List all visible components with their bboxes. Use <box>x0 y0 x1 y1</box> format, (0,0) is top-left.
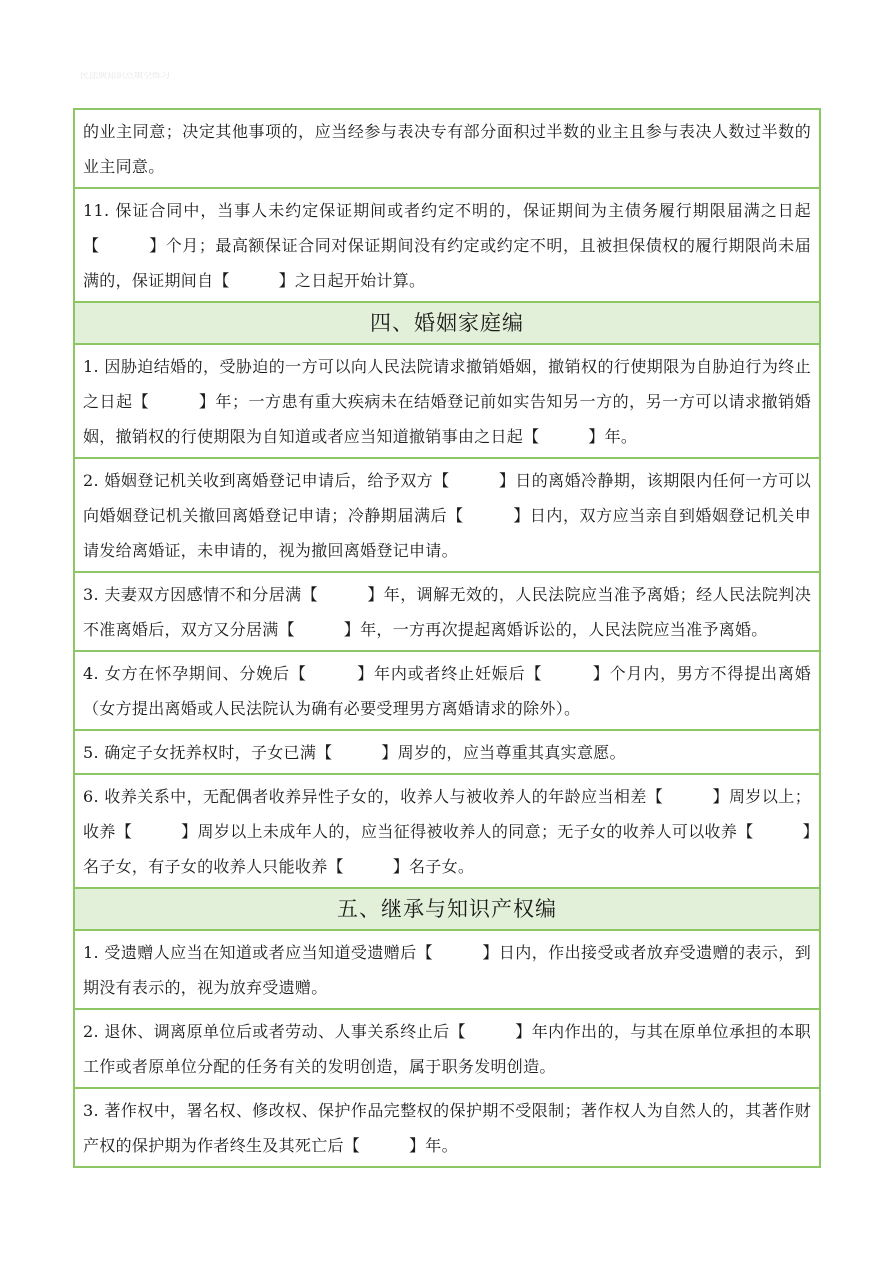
question-cell: 1. 受遗赠人应当在知道或者应当知道受遗赠后【 】日内，作出接受或者放弃受遗赠的… <box>74 930 820 1009</box>
question-cell: 3. 著作权中，署名权、修改权、保护作品完整权的保护期不受限制；著作权人为自然人… <box>74 1088 820 1167</box>
page-header: 民法典知识点填空练习 <box>80 72 320 80</box>
question-cell: 4. 女方在怀孕期间、分娩后【 】年内或者终止妊娠后【 】个月内，男方不得提出离… <box>74 651 820 730</box>
section-heading-marriage-family: 四、婚姻家庭编 <box>74 302 820 344</box>
question-cell: 2. 婚姻登记机关收到离婚登记申请后，给予双方【 】日的离婚冷静期，该期限内任何… <box>74 458 820 572</box>
table-row: 1. 因胁迫结婚的，受胁迫的一方可以向人民法院请求撤销婚姻，撤销权的行使期限为自… <box>74 344 820 458</box>
fill-in-blank-table: 的业主同意；决定其他事项的，应当经参与表决专有部分面积过半数的业主且参与表决人数… <box>73 108 821 1168</box>
table-row: 的业主同意；决定其他事项的，应当经参与表决专有部分面积过半数的业主且参与表决人数… <box>74 109 820 188</box>
table-row: 3. 夫妻双方因感情不和分居满【 】年，调解无效的，人民法院应当准予离婚；经人民… <box>74 572 820 651</box>
table-row: 11. 保证合同中，当事人未约定保证期间或者约定不明的，保证期间为主债务履行期限… <box>74 188 820 302</box>
table-row: 2. 退休、调离原单位后或者劳动、人事关系终止后【 】年内作出的，与其在原单位承… <box>74 1009 820 1088</box>
table-row: 5. 确定子女抚养权时，子女已满【 】周岁的，应当尊重其真实意愿。 <box>74 730 820 774</box>
question-cell: 5. 确定子女抚养权时，子女已满【 】周岁的，应当尊重其真实意愿。 <box>74 730 820 774</box>
table-row: 1. 受遗赠人应当在知道或者应当知道受遗赠后【 】日内，作出接受或者放弃受遗赠的… <box>74 930 820 1009</box>
question-cell: 3. 夫妻双方因感情不和分居满【 】年，调解无效的，人民法院应当准予离婚；经人民… <box>74 572 820 651</box>
question-cell: 11. 保证合同中，当事人未约定保证期间或者约定不明的，保证期间为主债务履行期限… <box>74 188 820 302</box>
table-row: 2. 婚姻登记机关收到离婚登记申请后，给予双方【 】日的离婚冷静期，该期限内任何… <box>74 458 820 572</box>
table-row: 3. 著作权中，署名权、修改权、保护作品完整权的保护期不受限制；著作权人为自然人… <box>74 1088 820 1167</box>
question-cell: 的业主同意；决定其他事项的，应当经参与表决专有部分面积过半数的业主且参与表决人数… <box>74 109 820 188</box>
table-row: 4. 女方在怀孕期间、分娩后【 】年内或者终止妊娠后【 】个月内，男方不得提出离… <box>74 651 820 730</box>
question-cell: 2. 退休、调离原单位后或者劳动、人事关系终止后【 】年内作出的，与其在原单位承… <box>74 1009 820 1088</box>
section-row: 五、继承与知识产权编 <box>74 888 820 930</box>
question-cell: 1. 因胁迫结婚的，受胁迫的一方可以向人民法院请求撤销婚姻，撤销权的行使期限为自… <box>74 344 820 458</box>
section-heading-inheritance-ip: 五、继承与知识产权编 <box>74 888 820 930</box>
table-row: 6. 收养关系中，无配偶者收养异性子女的，收养人与被收养人的年龄应当相差【 】周… <box>74 774 820 888</box>
question-cell: 6. 收养关系中，无配偶者收养异性子女的，收养人与被收养人的年龄应当相差【 】周… <box>74 774 820 888</box>
section-row: 四、婚姻家庭编 <box>74 302 820 344</box>
